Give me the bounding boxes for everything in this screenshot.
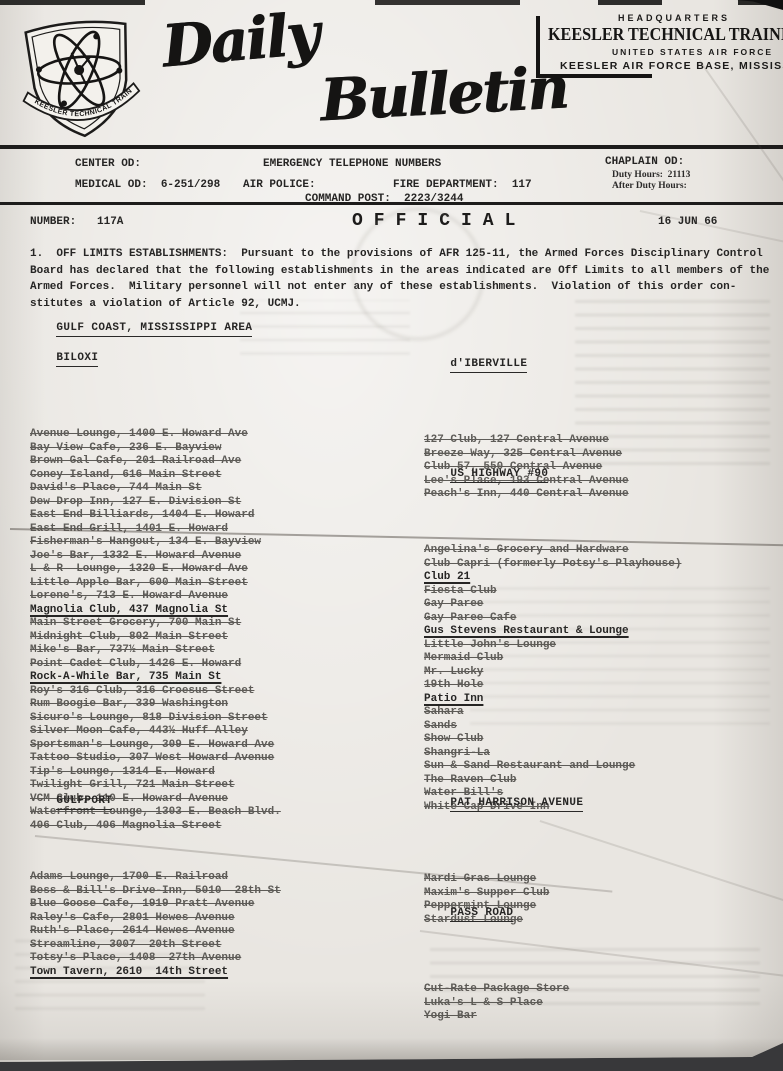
section-title: PASS ROAD <box>450 907 513 922</box>
establishment: Blue Goose Cafe, 1919 Pratt Avenue <box>30 898 330 912</box>
establishment: Mike's Bar, 737½ Main Street <box>30 644 330 658</box>
establishment: Dew Drop Inn, 127 E. Division St <box>30 496 330 510</box>
keesler-crest-icon: KEESLER TECHNICAL TRAINING CENTER <box>16 12 144 150</box>
establishment: Raley's Cafe, 2801 Hewes Avenue <box>30 912 330 926</box>
establishment: Rum Boogie Bar, 339 Washington <box>30 698 330 712</box>
fold-crease <box>699 60 783 184</box>
establishment: Lorene's, 713 E. Howard Avenue <box>30 590 330 604</box>
establishment: Midnight Club, 802 Main Street <box>30 631 330 645</box>
establishment: Adams Lounge, 1700 E. Railroad <box>30 871 330 885</box>
section-title: BILOXI <box>56 352 98 367</box>
establishment: Joe's Bar, 1332 E. Howard Avenue <box>30 550 330 564</box>
establishment: Sicuro's Lounge, 818 Division Street <box>30 712 330 726</box>
duty-hours: Duty Hours: 21113 <box>612 170 690 180</box>
establishment: Mardi Gras Lounge <box>424 873 724 887</box>
establishment: Tattoo Studio, 307 West Howard Avenue <box>30 752 330 766</box>
divider-bottom <box>0 202 783 205</box>
title-bulletin: Bulletin <box>318 54 568 135</box>
bleedthrough-ghost <box>575 295 770 465</box>
emergency-title: EMERGENCY TELEPHONE NUMBERS <box>263 158 441 170</box>
establishment: Club Capri (formerly Potsy's Playhouse) <box>424 558 724 572</box>
center-od-label: CENTER OD: <box>75 158 141 170</box>
stamp-ghost <box>352 208 484 340</box>
establishment: Sportsman's Lounge, 309 E. Howard Ave <box>30 739 330 753</box>
hq-base: KEESLER AIR FORCE BASE, MISSISSIPPI <box>560 60 783 72</box>
after-duty-hours: After Duty Hours: <box>612 181 687 191</box>
establishment: David's Place, 744 Main St <box>30 482 330 496</box>
establishment: Silver Moon Cafe, 443½ Huff Alley <box>30 725 330 739</box>
establishment: Tip's Lounge, 1314 E. Howard <box>30 766 330 780</box>
establishment: Roy's 316 Club, 316 Croesus Street <box>30 685 330 699</box>
establishment: Point Cadet Club, 1426 E. Howard <box>30 658 330 672</box>
air-police-label: AIR POLICE: <box>243 179 316 191</box>
area-title-text: GULF COAST, MISSISSIPPI AREA <box>56 322 252 337</box>
establishment: Yogi Bar <box>424 1010 724 1024</box>
establishment: Fisherman's Hangout, 134 E. Bayview <box>30 536 330 550</box>
fire-department: FIRE DEPARTMENT: 117 <box>393 179 532 191</box>
section-biloxi: BILOXI Avenue Lounge, 1400 E. Howard Ave… <box>30 340 330 857</box>
hq-center-name: KEESLER TECHNICAL TRAINING CENTER (AT <box>548 24 783 46</box>
establishment: Little Apple Bar, 600 Main Street <box>30 577 330 591</box>
establishment: Rock-A-While Bar, 735 Main St <box>30 671 330 685</box>
scan-edge-bottom-shadow <box>0 1038 783 1060</box>
section-title: d'IBERVILLE <box>450 358 527 373</box>
establishment: East End Billiards, 1404 E. Howard <box>30 509 330 523</box>
establishment: Bess & Bill's Drive-Inn, 5010 28th St <box>30 885 330 899</box>
hq-usaf: UNITED STATES AIR FORCE <box>612 47 773 57</box>
establishment: Sun & Sand Restaurant and Lounge <box>424 760 724 774</box>
establishment: Magnolia Club, 437 Magnolia St <box>30 604 330 618</box>
bleedthrough-ghost <box>430 945 760 1005</box>
establishment-list: Avenue Lounge, 1400 E. Howard AveBay Vie… <box>30 392 330 833</box>
hq-headquarters: HEADQUARTERS <box>618 13 730 23</box>
establishment: Main Street Grocery, 700 Main St <box>30 617 330 631</box>
establishment: Coney Island, 616 Main Street <box>30 469 330 483</box>
chaplain-od-label: CHAPLAIN OD: <box>605 156 684 168</box>
title-daily: Daily <box>159 0 320 81</box>
bleedthrough-ghost <box>470 580 770 725</box>
scan-edge-top <box>0 0 783 5</box>
number-label: NUMBER: <box>30 216 76 228</box>
establishment: Angelina's Grocery and Hardware <box>424 544 724 558</box>
establishment: Bay View Cafe, 236 E. Bayview <box>30 442 330 456</box>
section-title: US HIGHWAY #90 <box>450 468 548 483</box>
number-value: 117A <box>97 216 123 228</box>
scanned-page: KEESLER TECHNICAL TRAINING CENTER Daily … <box>0 0 783 1071</box>
establishment: Shangri-La <box>424 747 724 761</box>
establishment: Avenue Lounge, 1400 E. Howard Ave <box>30 428 330 442</box>
establishment: L & R Lounge, 1320 E. Howard Ave <box>30 563 330 577</box>
divider-top <box>0 145 783 149</box>
section-title: GULFPORT <box>56 795 112 810</box>
section-title: PAT HARRISON AVENUE <box>450 797 583 812</box>
medical-od: MEDICAL OD: 6-251/298 <box>75 179 220 191</box>
bleedthrough-ghost <box>15 930 205 1010</box>
establishment: Show Club <box>424 733 724 747</box>
establishment: Brown Gal Cafe, 201 Railroad Ave <box>30 455 330 469</box>
